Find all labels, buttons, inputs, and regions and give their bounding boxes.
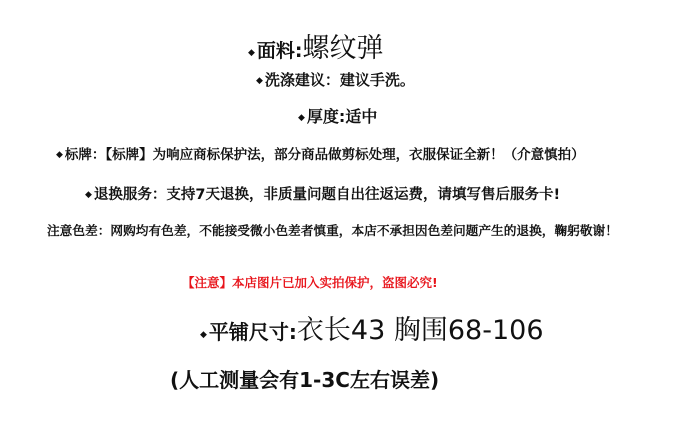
tag-line: ◆标牌：【标牌】为响应商标保护法，部分商品做剪标处理，衣服保证全新！（介意慎拍） (56, 143, 585, 163)
size-label: 平铺尺寸: (209, 320, 297, 344)
diamond-bullet-icon: ◆ (298, 113, 305, 123)
measure-error-text: (人工测量会有1-3C左右误差) (170, 368, 439, 392)
tag-text: 标牌：【标牌】为响应商标保护法，部分商品做剪标处理，衣服保证全新！（介意慎拍） (65, 147, 585, 163)
color-note-line: 注意色差：网购均有色差，不能接受微小色差者慎重，本店不承担因色差问题产生的退换，… (47, 220, 618, 239)
diamond-bullet-icon: ◆ (248, 48, 255, 58)
fabric-value: 螺纹弹 (303, 33, 384, 64)
diamond-bullet-icon: ◆ (256, 76, 263, 86)
diamond-bullet-icon: ◆ (85, 190, 92, 200)
size-value: 衣长43 胸围68-106 (297, 315, 544, 346)
thickness-line: ◆厚度:适中 (298, 104, 377, 127)
notice-line: 【注意】本店图片已加入实拍保护，盗图必究! (182, 273, 438, 291)
washing-line: ◆洗涤建议：建议手洗。 (256, 69, 415, 90)
washing-text: 洗涤建议：建议手洗。 (265, 71, 415, 89)
fabric-line: ◆面料:螺纹弹 (248, 26, 384, 65)
returns-text: 退换服务：支持7天退换，非质量问题自出往返运费，请填写售后服务卡! (94, 187, 560, 203)
diamond-bullet-icon: ◆ (56, 150, 63, 160)
diamond-bullet-icon: ◆ (200, 330, 207, 340)
fabric-label: 面料: (257, 40, 303, 62)
size-line: ◆平铺尺寸:衣长43 胸围68-106 (200, 308, 544, 347)
returns-line: ◆退换服务：支持7天退换，非质量问题自出往返运费，请填写售后服务卡! (85, 183, 560, 204)
notice-text: 【注意】本店图片已加入实拍保护，盗图必究! (182, 275, 438, 290)
color-note-text: 注意色差：网购均有色差，不能接受微小色差者慎重，本店不承担因色差问题产生的退换，… (47, 223, 618, 238)
measure-error-line: (人工测量会有1-3C左右误差) (170, 364, 439, 393)
thickness-text: 厚度:适中 (307, 107, 377, 126)
